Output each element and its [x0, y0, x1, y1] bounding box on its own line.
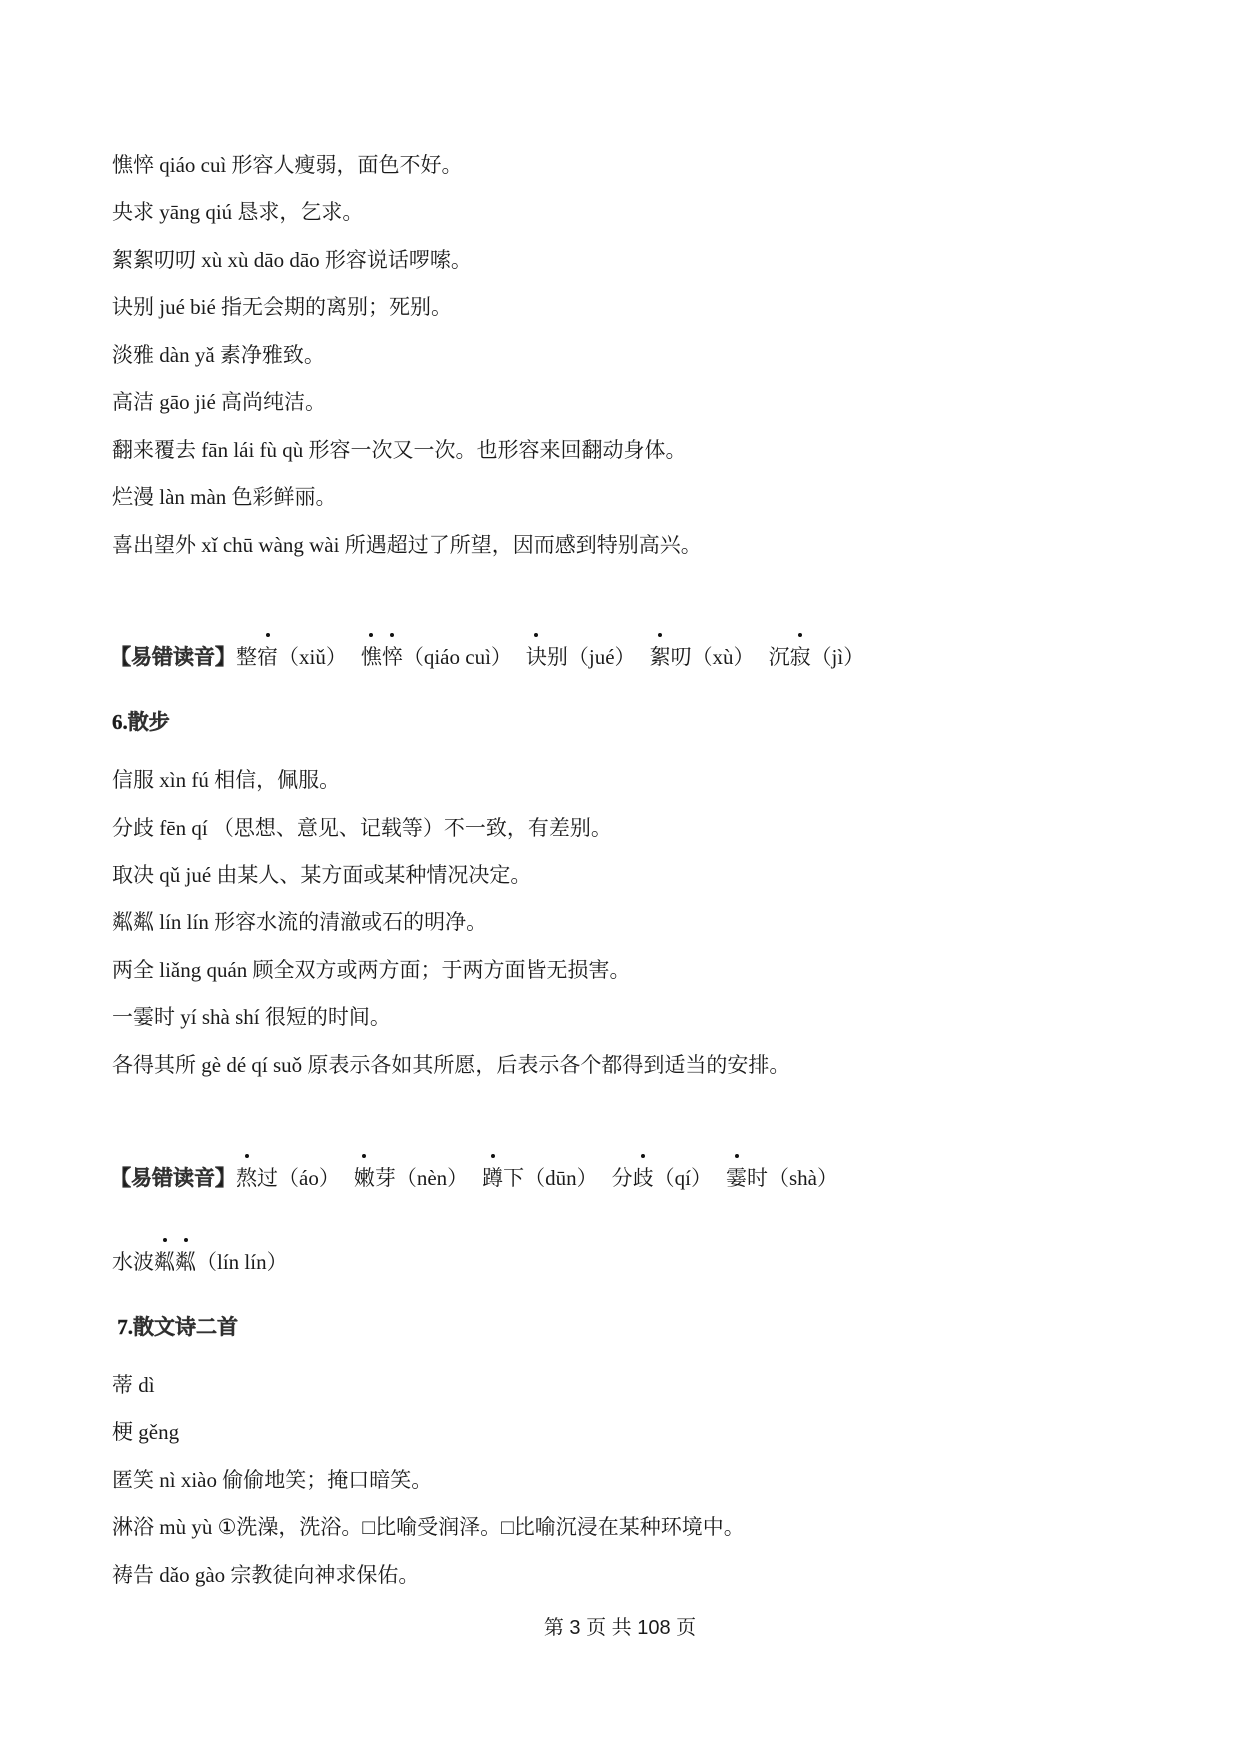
emphasis-char: 憔	[361, 644, 382, 670]
error-prone-readings-row: 【易错读音】熬过（áo）嫩芽（nèn）蹲下（dūn）分歧（qí）霎时（shà）	[110, 1165, 852, 1191]
pinyin: （xù）	[692, 645, 755, 669]
vocab-entry: 梗 gěng	[112, 1419, 179, 1445]
char: 分	[612, 1166, 633, 1190]
vocab-entry: 各得其所 gè dé qí suǒ 原表示各如其所愿，后表示各个都得到适当的安排…	[112, 1052, 790, 1078]
vocab-entry: 憔悴 qiáo cuì 形容人瘦弱，面色不好。	[112, 152, 463, 178]
reading-item: 沉寂（jì）	[769, 644, 865, 670]
emphasis-char: 蹲	[482, 1165, 503, 1191]
vocab-entry: 喜出望外 xǐ chū wàng wài 所遇超过了所望，因而感到特别高兴。	[112, 532, 702, 558]
reading-item: 熬过（áo）	[236, 1165, 340, 1191]
vocab-entry: 取决 qǔ jué 由某人、某方面或某种情况决定。	[112, 862, 531, 888]
vocab-entry: 高洁 gāo jié 高尚纯洁。	[112, 389, 326, 415]
vocab-entry: 分歧 fēn qí （思想、意见、记载等）不一致，有差别。	[112, 815, 612, 841]
error-prone-readings-row: 【易错读音】整宿（xiǔ）憔悴（qiáo cuì）诀别（jué）絮叨（xù）沉寂…	[110, 644, 878, 670]
pinyin: （qí）	[654, 1166, 712, 1190]
section-heading: 7.散文诗二首	[112, 1314, 238, 1340]
emphasis-char: 粼	[154, 1249, 175, 1275]
char: 沉	[769, 645, 790, 669]
pinyin: （xiǔ）	[278, 645, 347, 669]
vocab-entry: 两全 liǎng quán 顾全双方或两方面；于两方面皆无损害。	[112, 957, 631, 983]
pinyin: （áo）	[278, 1166, 340, 1190]
emphasis-char: 寂	[790, 644, 811, 670]
vocab-entry: 祷告 dǎo gào 宗教徒向神求保佑。	[112, 1562, 419, 1588]
reading-item: 絮叨（xù）	[650, 644, 755, 670]
reading-item: 诀别（jué）	[526, 644, 636, 670]
emphasis-char: 粼	[175, 1249, 196, 1275]
pinyin: （dūn）	[524, 1166, 598, 1190]
pinyin: （lín lín）	[196, 1250, 288, 1274]
reading-item: 蹲下（dūn）	[482, 1165, 598, 1191]
vocab-entry: 央求 yāng qiú 恳求，乞求。	[112, 199, 363, 225]
error-prone-tag: 【易错读音】	[110, 645, 236, 669]
page-number: 第 3 页 共 108 页	[0, 1616, 1240, 1640]
reading-item: 整宿（xiǔ）	[236, 644, 347, 670]
char: 下	[503, 1166, 524, 1190]
vocab-entry: 烂漫 làn màn 色彩鲜丽。	[112, 484, 337, 510]
char: 水波	[112, 1250, 154, 1274]
reading-item: 分歧（qí）	[612, 1165, 712, 1191]
pinyin: （shà）	[768, 1166, 838, 1190]
error-prone-readings-row-continued: 水波粼粼（lín lín）	[112, 1249, 288, 1275]
vocab-entry: 信服 xìn fú 相信，佩服。	[112, 767, 340, 793]
emphasis-char: 悴	[382, 644, 403, 670]
emphasis-char: 宿	[257, 644, 278, 670]
char: 整	[236, 645, 257, 669]
reading-item: 嫩芽（nèn）	[354, 1165, 468, 1191]
error-prone-tag: 【易错读音】	[110, 1166, 236, 1190]
pinyin: （jué）	[568, 645, 636, 669]
section-heading: 6.散步	[112, 709, 170, 735]
vocab-entry: 诀别 jué bié 指无会期的离别；死别。	[112, 294, 452, 320]
emphasis-char: 霎	[726, 1165, 747, 1191]
char: 过	[257, 1166, 278, 1190]
vocab-entry: 淡雅 dàn yǎ 素净雅致。	[112, 342, 325, 368]
vocab-entry: 翻来覆去 fān lái fù qù 形容一次又一次。也形容来回翻动身体。	[112, 437, 687, 463]
vocab-entry: 匿笑 nì xiào 偷偷地笑；掩口暗笑。	[112, 1467, 432, 1493]
emphasis-char: 诀	[526, 644, 547, 670]
emphasis-char: 熬	[236, 1165, 257, 1191]
char: 时	[747, 1166, 768, 1190]
emphasis-char: 絮	[650, 644, 671, 670]
reading-item: 憔悴（qiáo cuì）	[361, 644, 512, 670]
char: 芽	[375, 1166, 396, 1190]
char: 叨	[671, 645, 692, 669]
pinyin: （nèn）	[396, 1166, 468, 1190]
vocab-entry: 粼粼 lín lín 形容水流的清澈或石的明净。	[112, 909, 487, 935]
vocab-entry: 淋浴 mù yù ①洗澡，洗浴。□比喻受润泽。□比喻沉浸在某种环境中。	[112, 1514, 745, 1540]
pinyin: （qiáo cuì）	[403, 645, 512, 669]
vocab-entry: 蒂 dì	[112, 1372, 155, 1398]
emphasis-char: 歧	[633, 1165, 654, 1191]
reading-item: 霎时（shà）	[726, 1165, 838, 1191]
char: 别	[547, 645, 568, 669]
pinyin: （jì）	[811, 645, 865, 669]
vocab-entry: 一霎时 yí shà shí 很短的时间。	[112, 1004, 391, 1030]
emphasis-char: 嫩	[354, 1165, 375, 1191]
vocab-entry: 絮絮叨叨 xù xù dāo dāo 形容说话啰嗦。	[112, 247, 472, 273]
